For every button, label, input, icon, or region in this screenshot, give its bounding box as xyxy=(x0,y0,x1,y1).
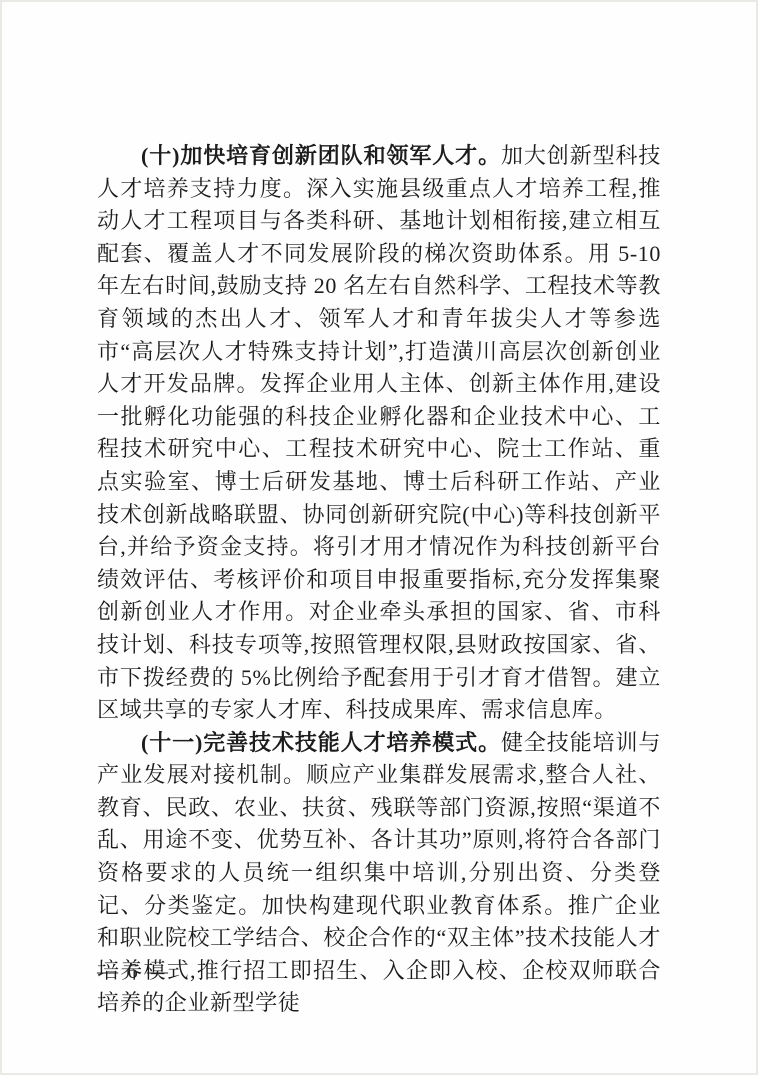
paragraph-10: (十)加快培育创新团队和领军人才。加大创新型科技人才培养支持力度。深入实施县级重… xyxy=(97,140,661,727)
paragraph-11: (十一)完善技术技能人才培养模式。健全技能培训与产业发展对接机制。顺应产业集群发… xyxy=(97,727,661,1020)
document-page: (十)加快培育创新团队和领军人才。加大创新型科技人才培养支持力度。深入实施县级重… xyxy=(0,0,758,1075)
paragraph-11-text: 健全技能培训与产业发展对接机制。顺应产业集群发展需求,整合人社、教育、民政、农业… xyxy=(97,730,661,1016)
paragraph-10-text: 加大创新型科技人才培养支持力度。深入实施县级重点人才培养工程,推动人才工程项目与… xyxy=(97,143,661,722)
page-number: — 6 — xyxy=(97,959,170,984)
section-heading-11: (十一)完善技术技能人才培养模式。 xyxy=(141,730,501,755)
section-heading-10: (十)加快培育创新团队和领军人才。 xyxy=(141,143,501,168)
document-body: (十)加快培育创新团队和领军人才。加大创新型科技人才培养支持力度。深入实施县级重… xyxy=(97,140,661,1020)
